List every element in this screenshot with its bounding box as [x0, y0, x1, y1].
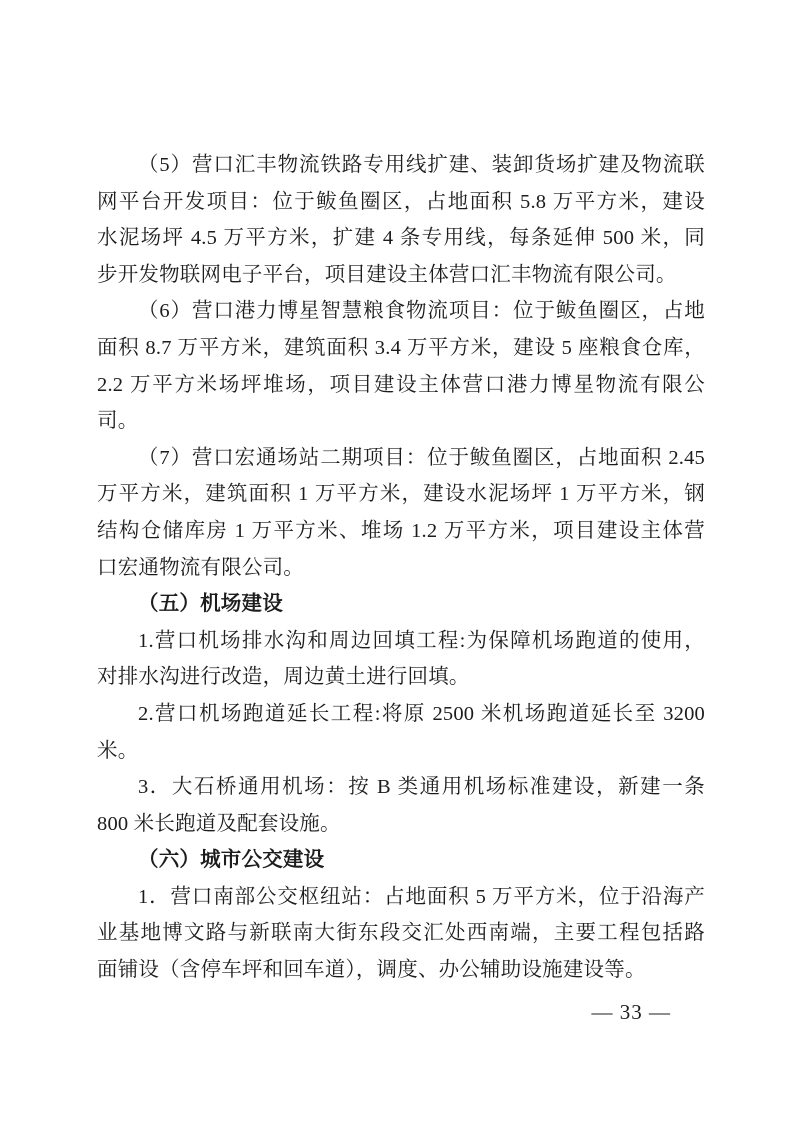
paragraph: 2.营口机场跑道延长工程:将原 2500 米机场跑道延长至 3200米。 — [97, 696, 705, 769]
paragraph: 3．大石桥通用机场：按 B 类通用机场标准建设，新建一条800 米长跑道及配套设… — [97, 769, 705, 842]
paragraph: （6）营口港力博星智慧粮食物流项目：位于鲅鱼圈区，占地面积 8.7 万平方米，建… — [97, 293, 705, 439]
text-line: 网平台开发项目：位于鲅鱼圈区，占地面积 5.8 万平方米，建设 — [97, 184, 705, 221]
text-line: 结构仓储库房 1 万平方米、堆场 1.2 万平方米，项目建设主体营 — [97, 513, 705, 550]
text-line: 对排水沟进行改造，周边黄土进行回填。 — [97, 659, 705, 696]
paragraph: 1.营口机场排水沟和周边回填工程:为保障机场跑道的使用，对排水沟进行改造，周边黄… — [97, 623, 705, 696]
text-line: 水泥场坪 4.5 万平方米，扩建 4 条专用线，每条延伸 500 米，同 — [97, 220, 705, 257]
document-page: （5）营口汇丰物流铁路专用线扩建、装卸货场扩建及物流联网平台开发项目：位于鲅鱼圈… — [0, 0, 793, 1122]
page-number: — 33 — — [592, 999, 672, 1025]
text-line: 万平方米，建筑面积 1 万平方米，建设水泥场坪 1 万平方米，钢 — [97, 476, 705, 513]
paragraph: （7）营口宏通场站二期项目：位于鲅鱼圈区，占地面积 2.45万平方米，建筑面积 … — [97, 440, 705, 586]
text-line: 业基地博文路与新联南大街东段交汇处西南端，主要工程包括路 — [97, 915, 705, 952]
text-line: 面铺设（含停车坪和回车道），调度、办公辅助设施建设等。 — [97, 952, 705, 989]
text-line: 米。 — [97, 733, 705, 770]
section-heading: （五）机场建设 — [97, 586, 705, 623]
text-line: 口宏通物流有限公司。 — [97, 550, 705, 587]
paragraph: 1．营口南部公交枢纽站：占地面积 5 万平方米，位于沿海产业基地博文路与新联南大… — [97, 879, 705, 989]
text-line: 面积 8.7 万平方米，建筑面积 3.4 万平方米，建设 5 座粮食仓库， — [97, 330, 705, 367]
text-line: 2.2 万平方米场坪堆场，项目建设主体营口港力博星物流有限公 — [97, 367, 705, 404]
paragraph: （5）营口汇丰物流铁路专用线扩建、装卸货场扩建及物流联网平台开发项目：位于鲅鱼圈… — [97, 147, 705, 293]
text-line: 1．营口南部公交枢纽站：占地面积 5 万平方米，位于沿海产 — [97, 879, 705, 916]
text-line: （六）城市公交建设 — [97, 842, 705, 879]
text-line: 1.营口机场排水沟和周边回填工程:为保障机场跑道的使用， — [97, 623, 705, 660]
document-body: （5）营口汇丰物流铁路专用线扩建、装卸货场扩建及物流联网平台开发项目：位于鲅鱼圈… — [97, 147, 705, 989]
text-line: 2.营口机场跑道延长工程:将原 2500 米机场跑道延长至 3200 — [97, 696, 705, 733]
text-line: （6）营口港力博星智慧粮食物流项目：位于鲅鱼圈区，占地 — [97, 293, 705, 330]
section-heading: （六）城市公交建设 — [97, 842, 705, 879]
text-line: （五）机场建设 — [97, 586, 705, 623]
text-line: 800 米长跑道及配套设施。 — [97, 806, 705, 843]
text-line: 步开发物联网电子平台，项目建设主体营口汇丰物流有限公司。 — [97, 257, 705, 294]
text-line: 司。 — [97, 403, 705, 440]
text-line: 3．大石桥通用机场：按 B 类通用机场标准建设，新建一条 — [97, 769, 705, 806]
text-line: （5）营口汇丰物流铁路专用线扩建、装卸货场扩建及物流联 — [97, 147, 705, 184]
text-line: （7）营口宏通场站二期项目：位于鲅鱼圈区，占地面积 2.45 — [97, 440, 705, 477]
